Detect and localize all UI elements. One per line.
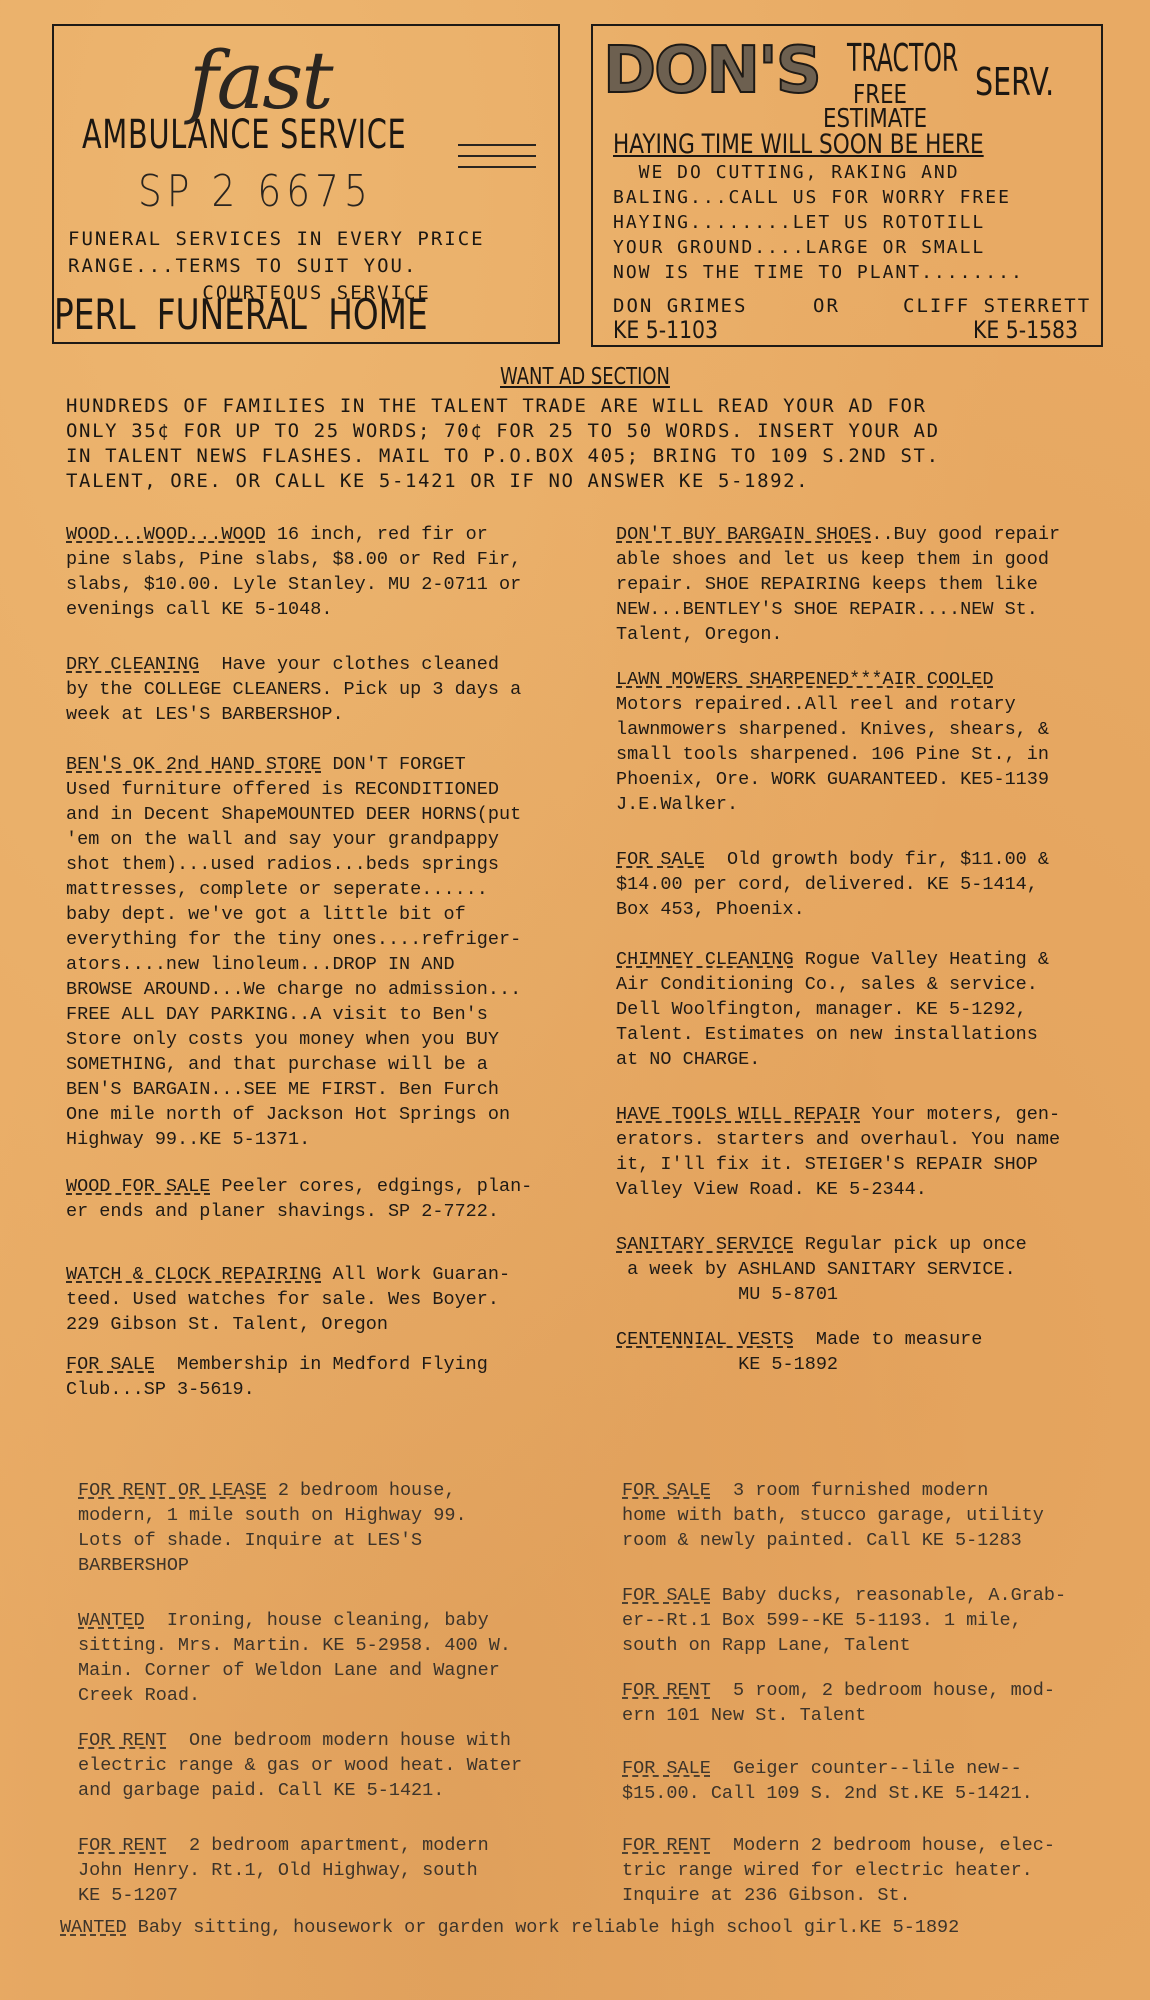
ad-heading: FOR SALE: [622, 1585, 711, 1606]
ad-heading: LAWN MOWERS SHARPENED***AIR COOLED: [616, 669, 993, 690]
classified-ad: FOR RENT One bedroom modern house with e…: [78, 1728, 522, 1803]
classified-ad: FOR SALE Geiger counter--lile new-- $15.…: [622, 1756, 1033, 1806]
classified-ad: FOR SALE Baby ducks, reasonable, A.Grab-…: [622, 1583, 1066, 1658]
decorative-lines-icon: [458, 144, 536, 177]
classified-ad: FOR RENT 2 bedroom apartment, modern Joh…: [78, 1833, 489, 1908]
ad-headline: HAYING TIME WILL SOON BE HERE: [613, 129, 984, 160]
footer-ad: WANTED Baby sitting, housework or garden…: [60, 1915, 959, 1940]
contact-phone: KE 5-1583: [973, 318, 1078, 342]
ad-body: WE DO CUTTING, RAKING AND BALING...CALL …: [613, 160, 1024, 285]
ad-text: DON'T FORGET Used furniture offered is R…: [66, 754, 521, 1150]
contact-cliff: CLIFF STERRETT KE 5-1583: [903, 294, 1097, 342]
contact-name: CLIFF STERRETT: [903, 295, 1091, 317]
ad-heading: HAVE TOOLS WILL REPAIR: [616, 1104, 860, 1125]
classified-ad: SANITARY SERVICE Regular pick up once a …: [616, 1232, 1027, 1307]
ad-brand: DON'S: [603, 34, 820, 108]
ad-heading: CENTENNIAL VESTS: [616, 1329, 794, 1350]
ad-heading: SANITARY SERVICE: [616, 1234, 794, 1255]
classified-ad: HAVE TOOLS WILL REPAIR Your moters, gen-…: [616, 1102, 1060, 1202]
ad-heading: WOOD FOR SALE: [66, 1176, 210, 1197]
classified-ad: DON'T BUY BARGAIN SHOES..Buy good repair…: [616, 522, 1060, 647]
ad-heading: FOR RENT OR LEASE: [78, 1480, 267, 1501]
classified-ad: FOR RENT 5 room, 2 bedroom house, mod- e…: [622, 1678, 1055, 1728]
ad-heading: FOR SALE: [616, 849, 705, 870]
classified-ad: FOR RENT OR LEASE 2 bedroom house, moder…: [78, 1478, 467, 1578]
ad-serv: SERV.: [975, 60, 1054, 104]
ad-heading: FOR SALE: [622, 1480, 711, 1501]
classified-ad: WOOD FOR SALE Peeler cores, edgings, pla…: [66, 1174, 532, 1224]
ad-text: Baby sitting, housework or garden work r…: [127, 1917, 960, 1938]
ad-heading: DON'T BUY BARGAIN SHOES: [616, 524, 871, 545]
classified-ad: FOR SALE Old growth body fir, $11.00 & $…: [616, 847, 1049, 922]
classified-ad: WATCH & CLOCK REPAIRING All Work Guaran-…: [66, 1262, 510, 1337]
ad-heading: FOR RENT: [78, 1730, 167, 1751]
ad-heading: FOR RENT: [622, 1835, 711, 1856]
section-title: WANT AD SECTION: [500, 364, 670, 390]
classified-ad: FOR RENT Modern 2 bedroom house, elec- t…: [622, 1833, 1055, 1908]
contact-don: DON GRIMES KE 5-1103: [613, 294, 747, 342]
classified-ad: FOR SALE Membership in Medford Flying Cl…: [66, 1352, 488, 1402]
ad-service-word: TRACTOR: [847, 36, 958, 80]
ad-heading: FOR RENT: [622, 1680, 711, 1701]
ad-heading: DRY CLEANING: [66, 654, 199, 675]
classified-ad: FOR SALE 3 room furnished modern home wi…: [622, 1478, 1044, 1553]
section-intro: HUNDREDS OF FAMILIES IN THE TALENT TRADE…: [66, 394, 940, 494]
classified-ad: LAWN MOWERS SHARPENED***AIR COOLED Motor…: [616, 667, 1049, 817]
ambulance-ad-box: fast AMBULANCE SERVICE SP 2 6675 FUNERAL…: [52, 24, 560, 344]
classified-ad: CENTENNIAL VESTS Made to measure KE 5-18…: [616, 1327, 982, 1377]
contact-or: OR: [813, 294, 840, 318]
ad-heading: FOR SALE: [622, 1758, 711, 1779]
ad-heading: BEN'S OK 2nd HAND STORE: [66, 754, 321, 775]
contact-name: DON GRIMES: [613, 295, 747, 317]
classified-ad: BEN'S OK 2nd HAND STORE DON'T FORGET Use…: [66, 752, 521, 1152]
classified-ad: DRY CLEANING Have your clothes cleaned b…: [66, 652, 521, 727]
ad-business-name: PERL FUNERAL HOME: [54, 290, 428, 339]
classified-ad: CHIMNEY CLEANING Rogue Valley Heating & …: [616, 947, 1049, 1072]
contact-phone: KE 5-1103: [613, 318, 727, 342]
tractor-ad-box: DON'S TRACTOR SERV. FREE ESTIMATE HAYING…: [591, 24, 1103, 347]
ad-heading: WANTED: [78, 1610, 145, 1631]
ad-heading: FOR SALE: [66, 1354, 155, 1375]
ad-title: AMBULANCE SERVICE: [82, 112, 406, 158]
ad-heading: WATCH & CLOCK REPAIRING: [66, 1264, 321, 1285]
classified-ad: WOOD...WOOD...WOOD 16 inch, red fir or p…: [66, 522, 521, 622]
ad-text: Motors repaired..All reel and rotary law…: [616, 694, 1049, 815]
ad-heading: WOOD...WOOD...WOOD: [66, 524, 266, 545]
classified-ad: WANTED Baby sitting, housework or garden…: [60, 1915, 959, 1940]
classified-ad: WANTED Ironing, house cleaning, baby sit…: [78, 1608, 511, 1708]
ad-heading: WANTED: [60, 1917, 127, 1938]
ad-heading: CHIMNEY CLEANING: [616, 949, 794, 970]
ad-heading: FOR RENT: [78, 1835, 167, 1856]
ad-phone: SP 2 6675: [138, 166, 373, 217]
